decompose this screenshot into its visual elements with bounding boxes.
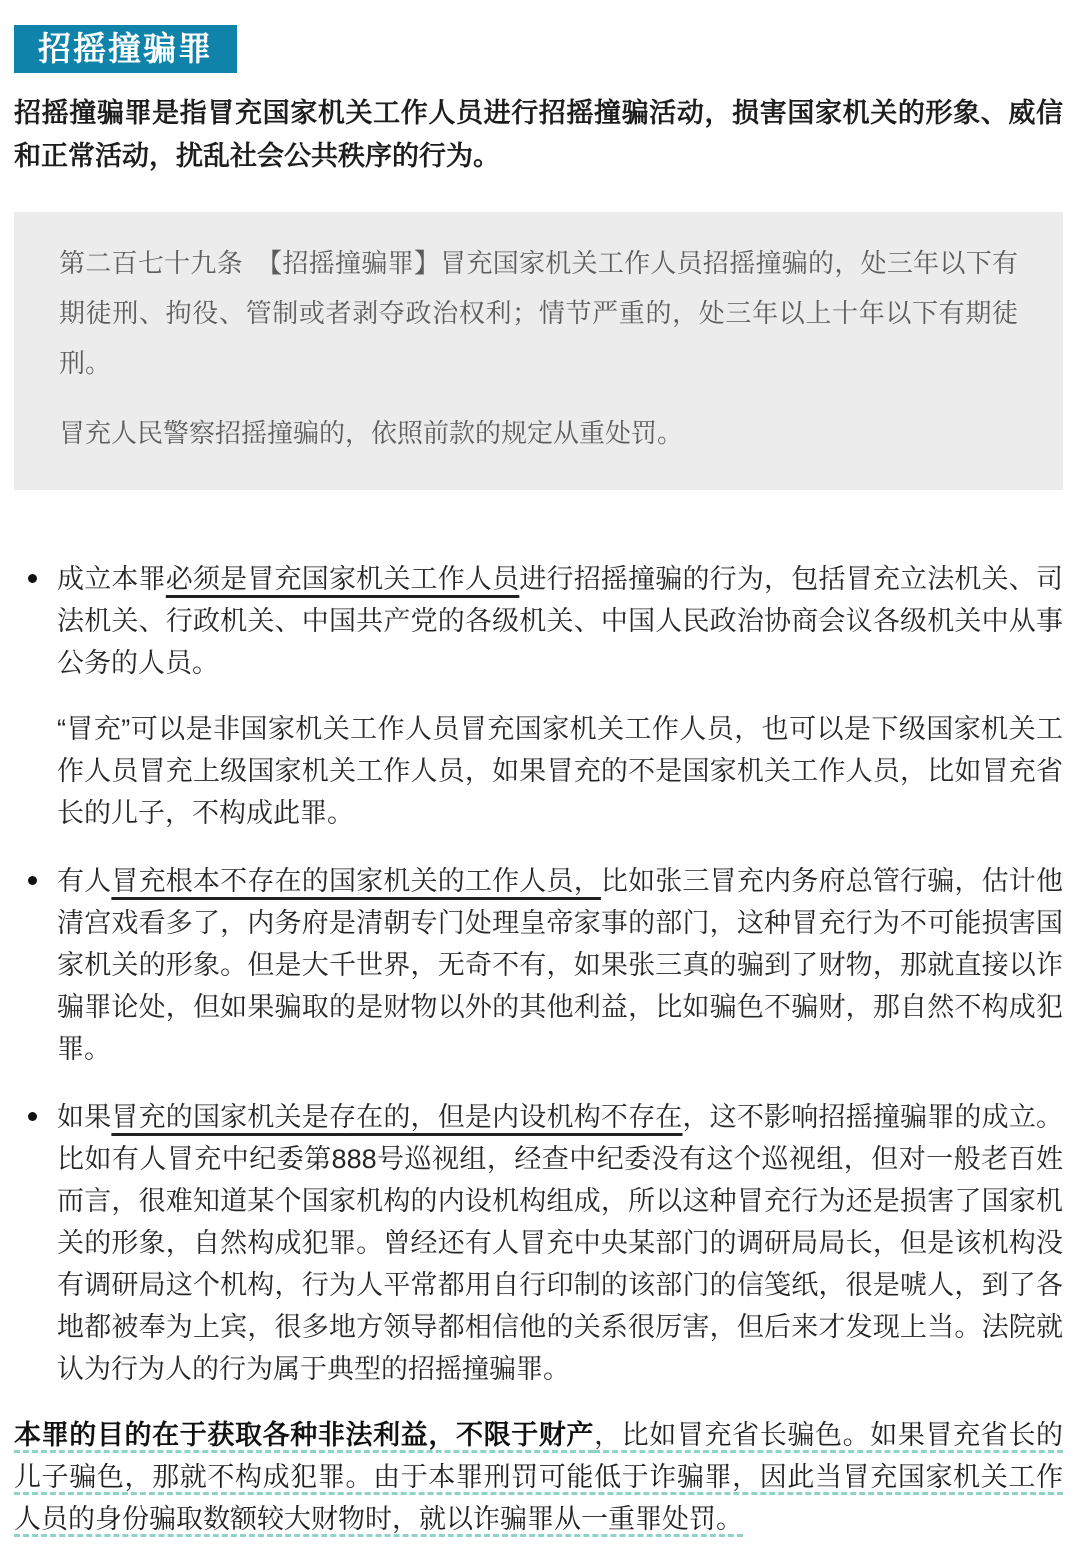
bullet-1-underlined-phrase: 必须是冒充国家机关工作人员 xyxy=(166,564,520,594)
bullet-1-text-pre: 成立本罪 xyxy=(57,564,166,594)
bullet-2-text-pre: 有人 xyxy=(57,866,111,896)
bullet-dot-icon xyxy=(28,574,37,583)
analysis-bullet-list: 成立本罪必须是冒充国家机关工作人员进行招摇撞骗的行为，包括冒充立法机关、司法机关… xyxy=(14,558,1063,1390)
bullet-item-3: 如果冒充的国家机关是存在的，但是内设机构不存在，这不影响招摇撞骗罪的成立。比如有… xyxy=(14,1096,1063,1390)
intro-paragraph: 招摇撞骗罪是指冒充国家机关工作人员进行招摇撞骗活动，损害国家机关的形象、威信和正… xyxy=(14,92,1063,178)
statute-paragraph-1: 第二百七十九条 【招摇撞骗罪】冒充国家机关工作人员招摇撞骗的，处三年以下有期徒刑… xyxy=(59,238,1018,388)
statute-quote-box: 第二百七十九条 【招摇撞骗罪】冒充国家机关工作人员招摇撞骗的，处三年以下有期徒刑… xyxy=(14,212,1063,490)
conclusion-bold-text: 本罪的目的在于获取各种非法利益，不限于财产 xyxy=(14,1420,594,1450)
bullet-3-underlined-phrase: 冒充的国家机关是存在的，但是内设机构不存在 xyxy=(111,1102,682,1132)
article-page: 招摇撞骗罪 招摇撞骗罪是指冒充国家机关工作人员进行招摇撞骗活动，损害国家机关的形… xyxy=(0,0,1080,1564)
bullet-2-underlined-phrase: 冒充根本不存在的国家机关的工作人员， xyxy=(111,866,601,896)
bullet-2-paragraph: 有人冒充根本不存在的国家机关的工作人员，比如张三冒充内务府总管行骗，估计他清宫戏… xyxy=(57,860,1063,1070)
bullet-3-paragraph: 如果冒充的国家机关是存在的，但是内设机构不存在，这不影响招摇撞骗罪的成立。比如有… xyxy=(57,1096,1063,1390)
statute-paragraph-2: 冒充人民警察招摇撞骗的，依照前款的规定从重处罚。 xyxy=(59,408,1018,458)
bullet-3-text-post: ，这不影响招摇撞骗罪的成立。比如有人冒充中纪委第888号巡视组，经查中纪委没有这… xyxy=(57,1102,1063,1384)
bullet-1-paragraph: 成立本罪必须是冒充国家机关工作人员进行招摇撞骗的行为，包括冒充立法机关、司法机关… xyxy=(57,558,1063,684)
bullet-item-1: 成立本罪必须是冒充国家机关工作人员进行招摇撞骗的行为，包括冒充立法机关、司法机关… xyxy=(14,558,1063,834)
bullet-3-text-pre: 如果 xyxy=(57,1102,111,1132)
bullet-dot-icon xyxy=(28,876,37,885)
section-title-text: 招摇撞骗罪 xyxy=(38,30,213,67)
bullet-item-2: 有人冒充根本不存在的国家机关的工作人员，比如张三冒充内务府总管行骗，估计他清宫戏… xyxy=(14,860,1063,1070)
section-title-badge: 招摇撞骗罪 xyxy=(14,25,237,73)
conclusion-paragraph: 本罪的目的在于获取各种非法利益，不限于财产，比如冒充省长骗色。如果冒充省长的儿子… xyxy=(14,1414,1063,1540)
bullet-dot-icon xyxy=(28,1112,37,1121)
bullet-1-subparagraph: “冒充”可以是非国家机关工作人员冒充国家机关工作人员，也可以是下级国家机关工作人… xyxy=(57,708,1063,834)
